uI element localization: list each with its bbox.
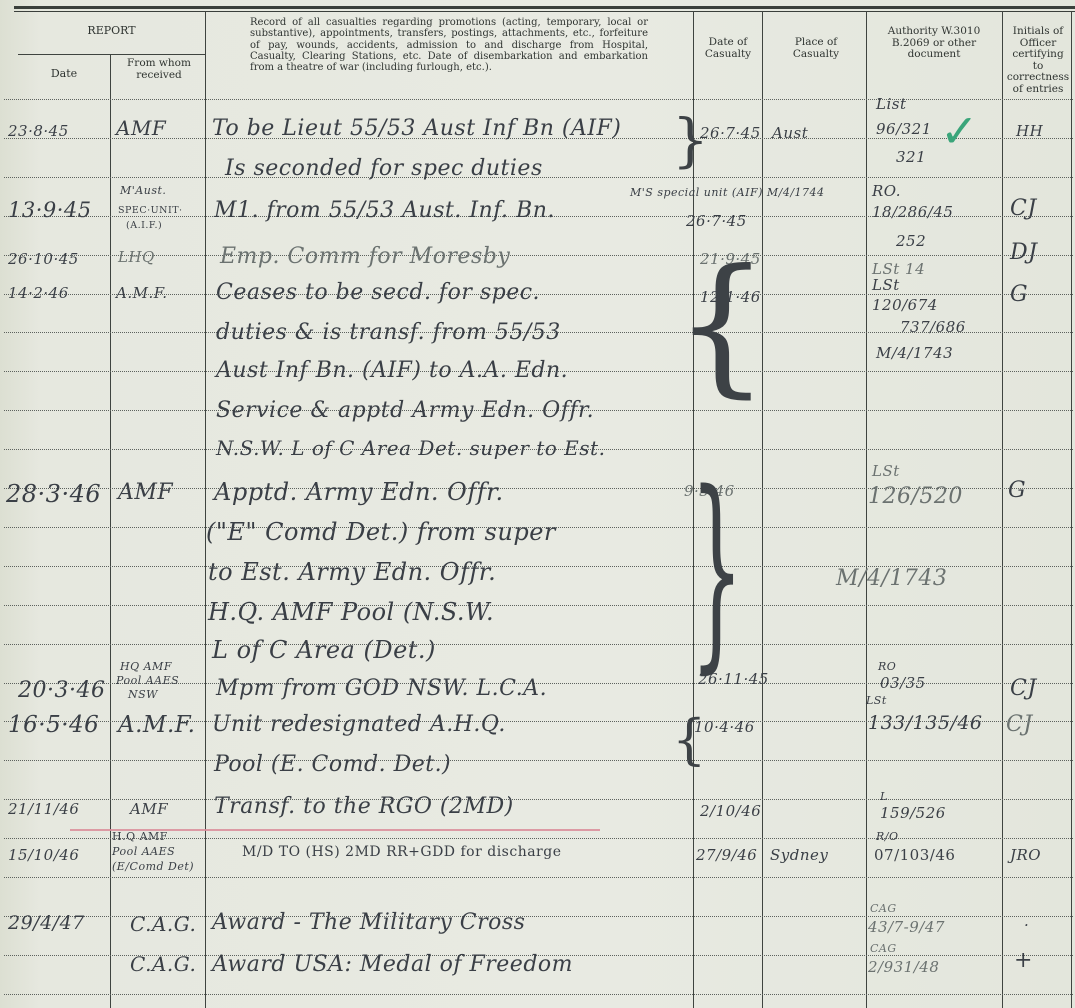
ruled-line xyxy=(4,994,1073,995)
header-report: REPORT xyxy=(18,25,205,37)
header-place-of-casualty: Place of Casualty xyxy=(772,37,860,60)
entry-6-initials: CJ xyxy=(1010,676,1037,701)
ruled-line xyxy=(4,877,1073,878)
entry-5-record-1: Apptd. Army Edn. Offr. xyxy=(214,478,504,506)
entry-11-record: Award USA: Medal of Freedom xyxy=(212,952,573,977)
entry-7-record-2: Pool (E. Comd. Det.) xyxy=(214,752,451,777)
entry-1-authority-3: 321 xyxy=(896,148,926,166)
entry-7-record-1: Unit redesignated A.H.Q. xyxy=(212,712,506,737)
entry-2-authority-2: 18/286/45 xyxy=(872,203,953,221)
entry-6-from-3: NSW xyxy=(128,688,158,701)
header-authority: Authority W.3010 B.2069 or other documen… xyxy=(880,26,988,61)
entry-6-record: Mpm from GOD NSW. L.C.A. xyxy=(216,676,547,701)
entry-1-date: 23·8·45 xyxy=(8,122,69,140)
header-date-of-casualty: Date of Casualty xyxy=(700,37,756,60)
entry-8-record: Transf. to the RGO (2MD) xyxy=(214,794,514,819)
entry-7-from: A.M.F. xyxy=(118,712,195,738)
entry-2-from-3: (A.I.F.) xyxy=(126,220,162,231)
entry-5-record-3: to Est. Army Edn. Offr. xyxy=(208,558,496,586)
entry-2-authority-3: 252 xyxy=(896,232,926,250)
entry-5-authority-1: LSt xyxy=(872,462,900,480)
entry-11-initials: + xyxy=(1014,948,1033,973)
header-from-whom: From whom received xyxy=(116,58,202,81)
entry-4-initials: G xyxy=(1010,282,1028,307)
entry-7-authority-2: 133/135/46 xyxy=(868,712,983,734)
entry-8-date-casualty: 2/10/46 xyxy=(700,802,761,820)
entry-1-record-line-1: To be Lieut 55/53 Aust Inf Bn (AIF) xyxy=(212,116,621,141)
entry-9-from-2: Pool AAES xyxy=(112,845,175,858)
entry-10-from: C.A.G. xyxy=(130,912,196,936)
entry-5-authority-3: M/4/1743 xyxy=(836,566,947,591)
entry-4-authority-2: 120/674 xyxy=(872,296,938,314)
top-double-rule xyxy=(14,6,1075,9)
brace-entry-1: } xyxy=(672,106,709,174)
entry-7-date: 16·5·46 xyxy=(8,712,99,738)
ruled-line xyxy=(4,605,1073,606)
entry-9-from-3: (E/Comd Det) xyxy=(112,860,194,873)
entry-10-record: Award - The Military Cross xyxy=(212,910,525,935)
entry-4-from: A.M.F. xyxy=(116,284,168,302)
entry-9-authority-2: 07/103/46 xyxy=(874,846,955,864)
divider-right-edge xyxy=(1071,11,1072,1008)
brace-entry-7: { xyxy=(672,708,706,771)
entry-9-authority-1: R/O xyxy=(876,830,899,843)
entry-3-date: 26·10·45 xyxy=(8,250,79,268)
entry-9-from-1: H.Q AMF xyxy=(112,830,168,843)
divider-authority-initials xyxy=(1002,11,1003,1008)
ruled-line xyxy=(4,99,1073,100)
entry-10-authority-2: 43/7-9/47 xyxy=(868,918,945,936)
entry-6-authority-2: 03/35 xyxy=(880,674,926,692)
entry-5-record-4: H.Q. AMF Pool (N.S.W. xyxy=(208,598,494,626)
entry-6-from-1: HQ AMF xyxy=(120,660,172,673)
header-date: Date xyxy=(18,68,110,80)
entry-10-date: 29/4/47 xyxy=(8,912,85,934)
entry-9-date: 15/10/46 xyxy=(8,846,79,864)
divider-report-record xyxy=(205,11,206,1008)
entry-4-record-2: duties & is transf. from 55/53 xyxy=(216,320,561,345)
entry-2-from-1: M'Aust. xyxy=(120,184,166,197)
entry-5-from: AMF xyxy=(118,480,173,505)
entry-1-date-casualty: 26·7·45 xyxy=(700,124,761,142)
entry-7-authority-1: LSt xyxy=(866,694,887,707)
entry-10-initials: · xyxy=(1024,916,1029,934)
entry-6-date: 20·3·46 xyxy=(18,678,105,703)
entry-8-date: 21/11/46 xyxy=(8,800,79,818)
entry-9-date-casualty: 27/9/46 xyxy=(696,846,757,864)
brace-entry-5: } xyxy=(690,465,743,675)
ruled-line xyxy=(4,255,1073,256)
entry-6-from-2: Pool AAES xyxy=(116,674,179,687)
entry-5-authority-2: 126/520 xyxy=(868,484,963,509)
entry-9-record: M/D TO (HS) 2MD RR+GDD for discharge xyxy=(242,844,562,860)
header-record: Record of all casualties regarding promo… xyxy=(250,17,648,73)
entry-2-date: 13·9·45 xyxy=(8,198,92,222)
divider-date-from xyxy=(110,55,111,1008)
entry-11-from: C.A.G. xyxy=(130,952,196,976)
entry-5-record-5: L of C Area (Det.) xyxy=(212,636,436,664)
entry-4-authority-1: LSt xyxy=(872,276,900,294)
ruled-line xyxy=(4,760,1073,761)
entry-4-authority-4: M/4/1743 xyxy=(876,344,953,362)
entry-5-date: 28·3·46 xyxy=(6,480,101,508)
entry-8-authority-2: 159/526 xyxy=(880,804,946,822)
entry-1-authority-2: 96/321 xyxy=(876,120,932,138)
entry-3-record: Emp. Comm for Moresby xyxy=(220,244,510,269)
header-initials: Initials of Officer certifying to correc… xyxy=(1006,26,1070,95)
entry-4-record-4: Service & apptd Army Edn. Offr. xyxy=(216,398,594,423)
entry-8-from: AMF xyxy=(130,800,168,818)
entry-2-from-2: SPEC·UNIT· xyxy=(118,205,183,216)
entry-3-initials: DJ xyxy=(1010,240,1037,265)
green-check-icon: ✓ xyxy=(940,104,979,158)
entry-1-place: Aust xyxy=(772,124,808,142)
entry-2-date-casualty: 26·7·45 xyxy=(686,212,747,230)
entry-9-initials: JRO xyxy=(1010,846,1041,864)
entry-1-record-line-2: Is seconded for spec duties xyxy=(225,156,543,181)
entry-11-authority-1: CAG xyxy=(870,942,897,955)
entry-5-record-2: ("E" Comd Det.) from super xyxy=(206,518,556,546)
entry-1-initials: HH xyxy=(1016,122,1043,140)
entry-2-authority-1: RO. xyxy=(872,182,901,200)
entry-5-initials: G xyxy=(1008,478,1026,503)
entry-9-place: Sydney xyxy=(770,846,828,864)
entry-1-from: AMF xyxy=(116,116,166,140)
entry-2-initials: CJ xyxy=(1010,196,1037,221)
entry-6-authority-1: RO xyxy=(878,660,896,673)
ruled-line xyxy=(4,644,1073,645)
top-double-rule-thin xyxy=(14,11,1075,12)
entry-4-record-5: N.S.W. L of C Area Det. super to Est. xyxy=(216,436,605,460)
entry-8-authority-1: L xyxy=(880,790,888,803)
entry-11-authority-2: 2/931/48 xyxy=(868,958,939,976)
entry-3-from: LHQ xyxy=(118,248,155,266)
divider-place-authority xyxy=(866,11,867,1008)
entry-4-record-3: Aust Inf Bn. (AIF) to A.A. Edn. xyxy=(216,358,568,383)
service-record-page: REPORT Date From whom received Record of… xyxy=(0,0,1075,1008)
entry-1-authority-1: List xyxy=(876,95,906,113)
brace-entry-4: { xyxy=(674,250,769,400)
entry-4-record-1: Ceases to be secd. for spec. xyxy=(216,280,540,305)
report-subheader-rule xyxy=(18,54,205,55)
entry-2-record: M1. from 55/53 Aust. Inf. Bn. xyxy=(214,198,555,223)
divider-datecas-place xyxy=(762,11,763,1008)
entry-2-annotation: M'S special unit (AIF) M/4/1744 xyxy=(630,186,825,199)
entry-10-authority-1: CAG xyxy=(870,902,897,915)
entry-4-authority-3: 737/686 xyxy=(900,318,966,336)
entry-4-date: 14·2·46 xyxy=(8,284,69,302)
entry-7-initials: CJ xyxy=(1006,712,1033,737)
